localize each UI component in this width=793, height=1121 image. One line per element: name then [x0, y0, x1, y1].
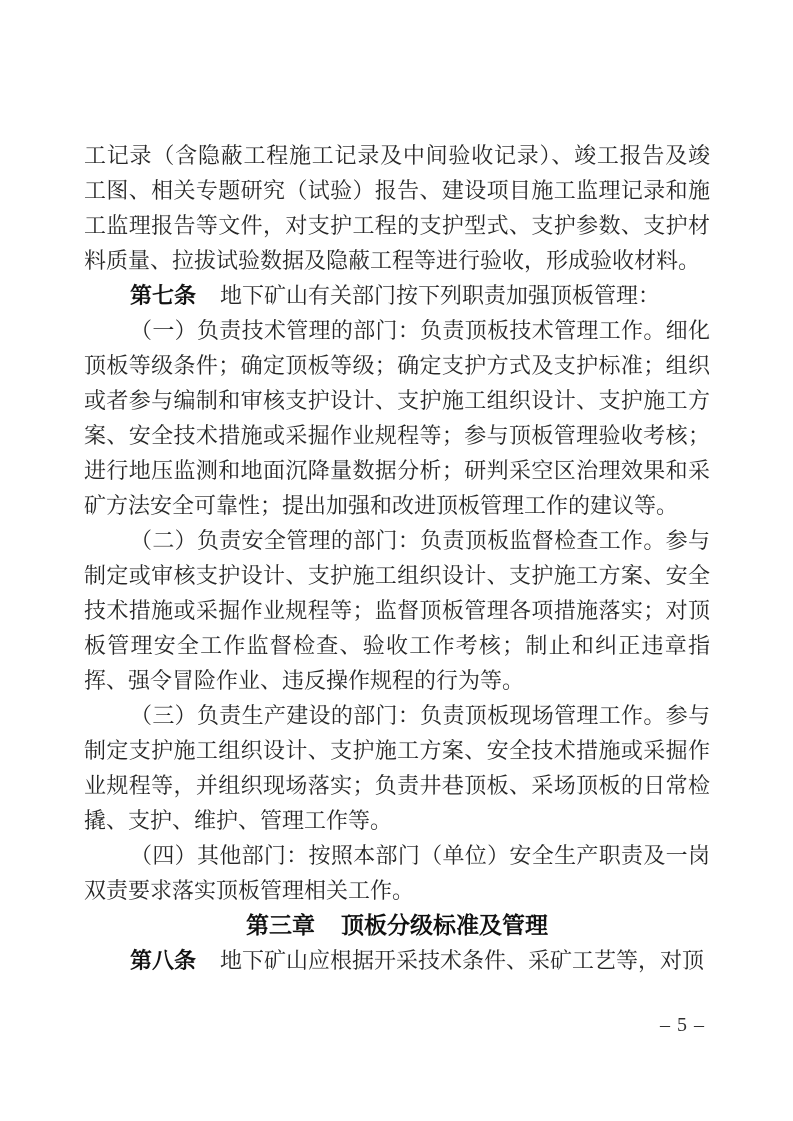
- page-number: – 5 –: [660, 1013, 705, 1037]
- paragraph-item-3: （三）负责生产建设的部门：负责顶板现场管理工作。参与制定支护施工组织设计、支护施…: [84, 698, 710, 838]
- document-body: 工记录（含隐蔽工程施工记录及中间验收记录）、竣工报告及竣工图、相关专题研究（试验…: [84, 138, 710, 978]
- paragraph-item-1: （一）负责技术管理的部门：负责顶板技术管理工作。细化顶板等级条件；确定顶板等级；…: [84, 313, 710, 523]
- chapter-heading: 第三章顶板分级标准及管理: [84, 908, 710, 943]
- paragraph-article-7: 第七条地下矿山有关部门按下列职责加强顶板管理：: [84, 278, 710, 313]
- article-7-number: 第七条: [130, 283, 196, 308]
- paragraph-article-8: 第八条地下矿山应根据开采技术条件、采矿工艺等，对顶: [84, 943, 710, 978]
- paragraph-continuation: 工记录（含隐蔽工程施工记录及中间验收记录）、竣工报告及竣工图、相关专题研究（试验…: [84, 138, 710, 278]
- article-7-text: 地下矿山有关部门按下列职责加强顶板管理：: [220, 283, 660, 308]
- paragraph-item-2: （二）负责安全管理的部门：负责顶板监督检查工作。参与制定或审核支护设计、支护施工…: [84, 523, 710, 698]
- document-page: 工记录（含隐蔽工程施工记录及中间验收记录）、竣工报告及竣工图、相关专题研究（试验…: [0, 0, 793, 1121]
- chapter-title: 顶板分级标准及管理: [341, 912, 548, 938]
- chapter-number: 第三章: [246, 912, 315, 938]
- article-8-text: 地下矿山应根据开采技术条件、采矿工艺等，对顶: [220, 948, 704, 973]
- paragraph-item-4: （四）其他部门：按照本部门（单位）安全生产职责及一岗双责要求落实顶板管理相关工作…: [84, 838, 710, 908]
- article-8-number: 第八条: [130, 948, 196, 973]
